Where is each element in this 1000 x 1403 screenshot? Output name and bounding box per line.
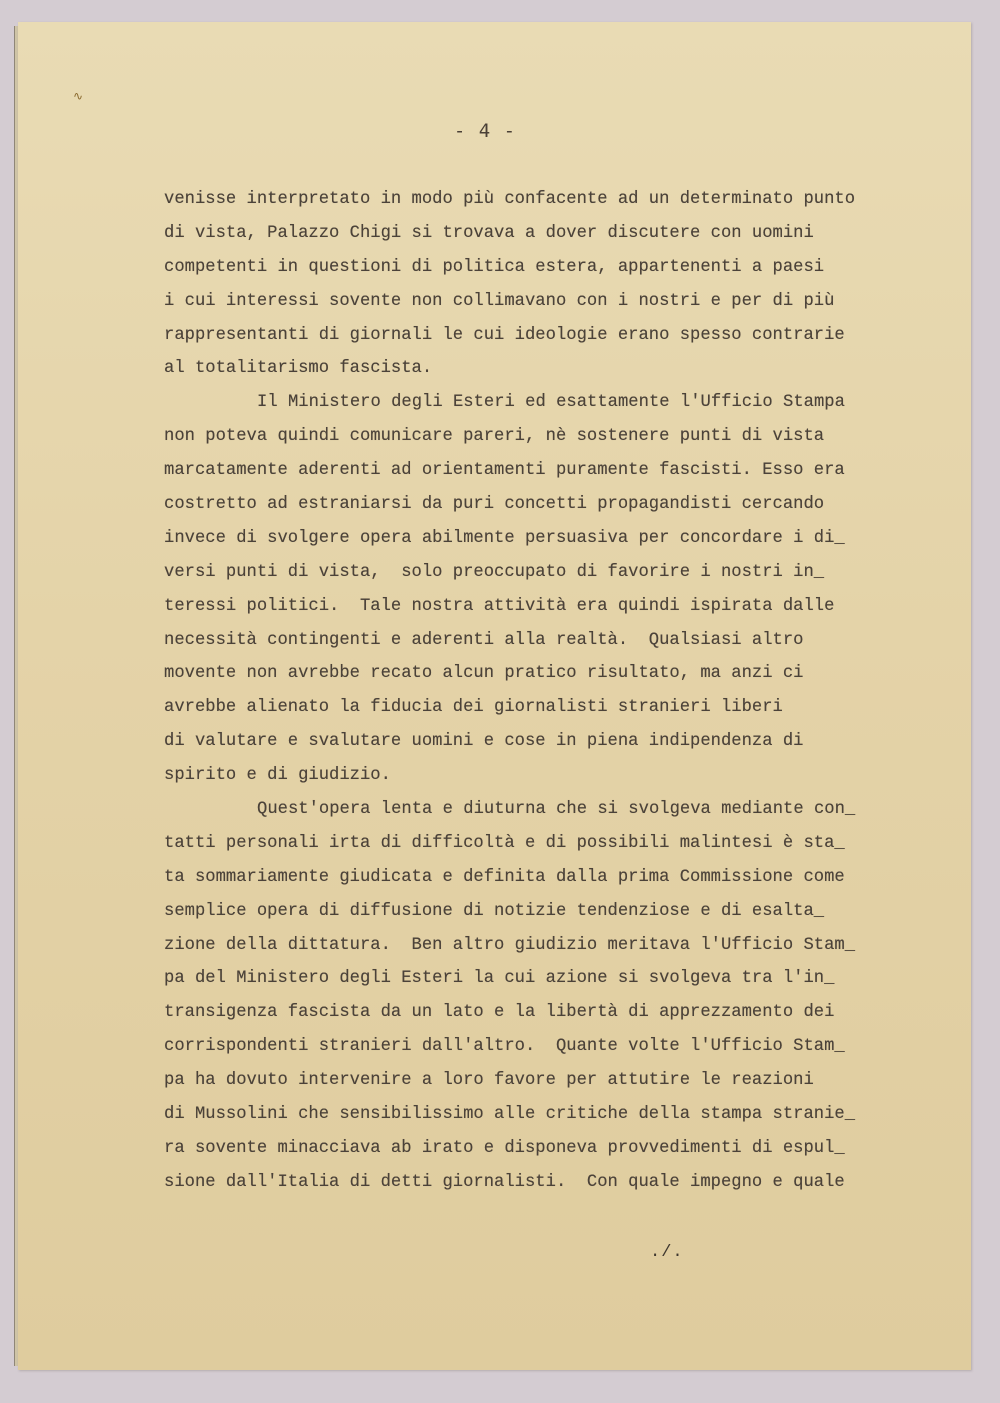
text-line: Quest'opera lenta e diuturna che si svol… xyxy=(164,793,964,827)
page-number: - 4 - xyxy=(440,120,530,142)
staple-mark: ∿ xyxy=(73,93,89,99)
text-line: di valutare e svalutare uomini e cose in… xyxy=(164,725,964,759)
text-line: competenti in questioni di politica este… xyxy=(164,251,964,285)
paragraph-3: Quest'opera lenta e diuturna che si svol… xyxy=(164,793,964,1200)
text-line: versi punti di vista, solo preoccupato d… xyxy=(164,556,964,590)
text-line: semplice opera di diffusione di notizie … xyxy=(164,895,964,929)
text-line: sione dall'Italia di detti giornalisti. … xyxy=(164,1166,964,1200)
text-line: zione della dittatura. Ben altro giudizi… xyxy=(164,929,964,963)
text-line: invece di svolgere opera abilmente persu… xyxy=(164,522,964,556)
text-line: di Mussolini che sensibilissimo alle cri… xyxy=(164,1098,964,1132)
text-line: costretto ad estraniarsi da puri concett… xyxy=(164,488,964,522)
document-body: venisse interpretato in modo più conface… xyxy=(164,183,964,1200)
text-line: di vista, Palazzo Chigi si trovava a dov… xyxy=(164,217,964,251)
text-line: ra sovente minacciava ab irato e dispone… xyxy=(164,1132,964,1166)
text-line: al totalitarismo fascista. xyxy=(164,352,964,386)
text-line: venisse interpretato in modo più conface… xyxy=(164,183,964,217)
paragraph-1: venisse interpretato in modo più conface… xyxy=(164,183,964,386)
continuation-mark: ./. xyxy=(650,1243,684,1262)
text-line: teressi politici. Tale nostra attività e… xyxy=(164,590,964,624)
text-line: ta sommariamente giudicata e definita da… xyxy=(164,861,964,895)
text-line: avrebbe alienato la fiducia dei giornali… xyxy=(164,691,964,725)
text-line: necessità contingenti e aderenti alla re… xyxy=(164,624,964,658)
paragraph-2: Il Ministero degli Esteri ed esattamente… xyxy=(164,386,964,793)
text-line: spirito e di giudizio. xyxy=(164,759,964,793)
text-line: i cui interessi sovente non collimavano … xyxy=(164,285,964,319)
text-line: rappresentanti di giornali le cui ideolo… xyxy=(164,319,964,353)
text-line: transigenza fascista da un lato e la lib… xyxy=(164,996,964,1030)
text-line: movente non avrebbe recato alcun pratico… xyxy=(164,657,964,691)
text-line: pa del Ministero degli Esteri la cui azi… xyxy=(164,962,964,996)
text-line: Il Ministero degli Esteri ed esattamente… xyxy=(164,386,964,420)
text-line: marcatamente aderenti ad orientamenti pu… xyxy=(164,454,964,488)
text-line: tatti personali irta di difficoltà e di … xyxy=(164,827,964,861)
text-line: pa ha dovuto intervenire a loro favore p… xyxy=(164,1064,964,1098)
text-line: non poteva quindi comunicare pareri, nè … xyxy=(164,420,964,454)
text-line: corrispondenti stranieri dall'altro. Qua… xyxy=(164,1030,964,1064)
